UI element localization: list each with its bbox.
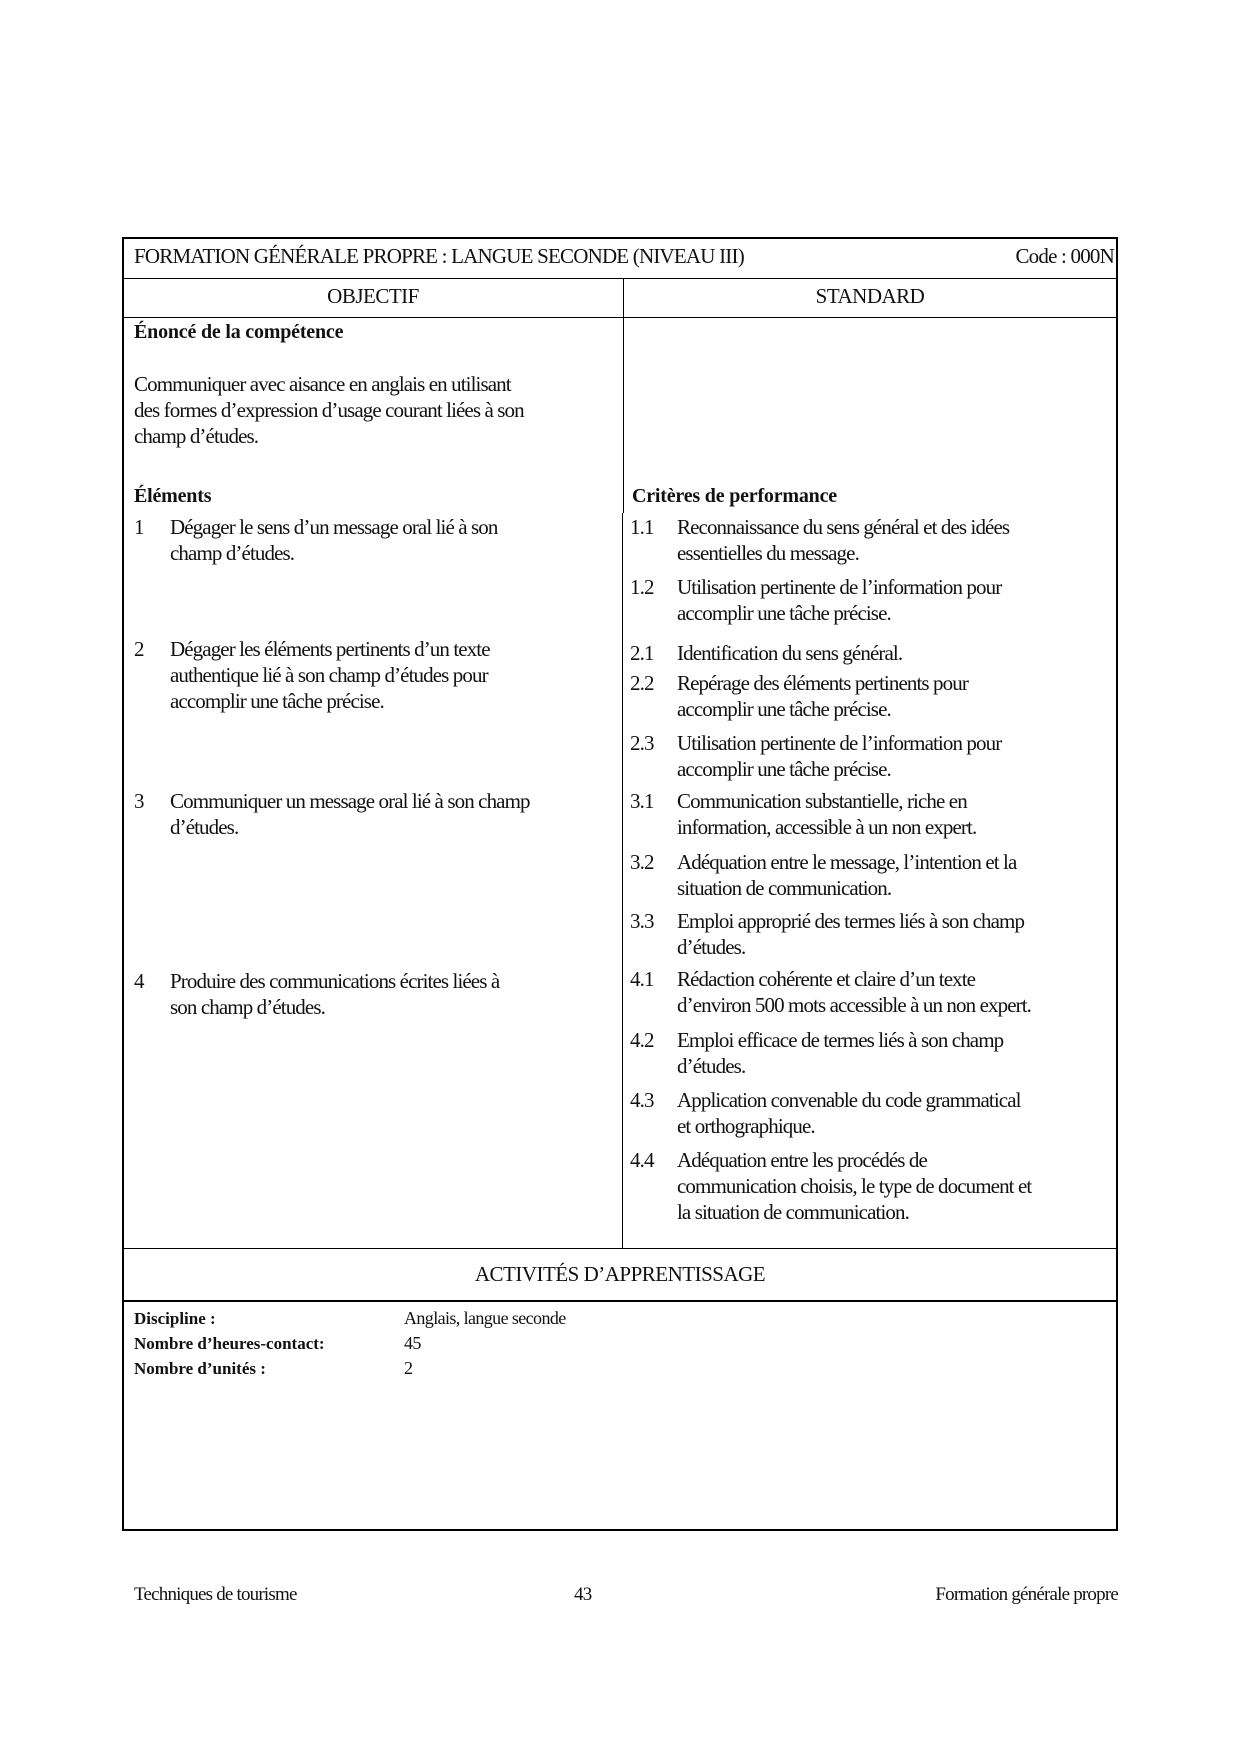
document-title: FORMATION GÉNÉRALE PROPRE : LANGUE SECON… — [134, 244, 744, 269]
criterion-item-line: Rédaction cohérente et claire d’un texte — [677, 966, 1031, 992]
competence-statement: Communiquer avec aisance en anglais en u… — [134, 371, 524, 449]
competence-line: champ d’études. — [134, 423, 524, 449]
criterion-item-line: Communication substantielle, riche en — [677, 788, 976, 814]
criterion-item-line: essentielles du message. — [677, 540, 1009, 566]
element-item-number: 3 — [134, 788, 144, 814]
footer-page-number: 43 — [574, 1584, 591, 1606]
criterion-item-line: Application convenable du code grammatic… — [677, 1087, 1021, 1113]
criterion-item-text: Utilisation pertinente de l’information … — [677, 574, 1001, 626]
criterion-item-text: Emploi efficace de termes liés à son cha… — [677, 1027, 1003, 1079]
criterion-item-text: Reconnaissance du sens général et des id… — [677, 514, 1009, 566]
column-head-standard: STANDARD — [623, 284, 1117, 309]
element-item-number: 4 — [134, 968, 144, 994]
criterion-item-number: 4.2 — [630, 1027, 654, 1053]
rule-after-column-heads — [122, 317, 1118, 318]
criterion-item-line: Reconnaissance du sens général et des id… — [677, 514, 1009, 540]
criterion-item-text: Identification du sens général. — [677, 640, 902, 666]
criterion-item-number: 2.1 — [630, 640, 654, 666]
criterion-item-number: 3.2 — [630, 849, 654, 875]
criterion-item-number: 1.1 — [630, 514, 654, 540]
field-label-contact-hours: Nombre d’heures-contact: — [134, 1334, 325, 1354]
field-value-discipline: Anglais, langue seconde — [404, 1308, 566, 1329]
criterion-item-line: Adéquation entre les procédés de — [677, 1147, 1031, 1173]
rule-after-objectives — [122, 1248, 1118, 1249]
criteria-heading: Critères de performance — [632, 485, 837, 508]
criterion-item-number: 3.3 — [630, 908, 654, 934]
criterion-item-number: 4.3 — [630, 1087, 654, 1113]
criterion-item-line: Identification du sens général. — [677, 640, 902, 666]
element-item-line: son champ d’études. — [170, 994, 499, 1020]
criterion-item-line: et orthographique. — [677, 1113, 1021, 1139]
element-item-line: accomplir une tâche précise. — [170, 688, 490, 714]
column-head-objectif: OBJECTIF — [124, 284, 622, 309]
criterion-item-line: d’environ 500 mots accessible à un non e… — [677, 992, 1031, 1018]
criterion-item-text: Adéquation entre les procédés decommunic… — [677, 1147, 1031, 1225]
element-item-text: Produire des communications écrites liée… — [170, 968, 499, 1020]
criterion-item-number: 1.2 — [630, 574, 654, 600]
criterion-item-line: Adéquation entre le message, l’intention… — [677, 849, 1016, 875]
criterion-item-line: information, accessible à un non expert. — [677, 814, 976, 840]
criterion-item-line: la situation de communication. — [677, 1199, 1031, 1225]
element-item-line: champ d’études. — [170, 540, 498, 566]
criterion-item-line: Repérage des éléments pertinents pour — [677, 670, 968, 696]
footer-program: Techniques de tourisme — [134, 1584, 297, 1606]
element-item-text: Communiquer un message oral lié à son ch… — [170, 788, 530, 840]
course-code: Code : 000N — [1015, 244, 1114, 269]
criterion-item-number: 2.2 — [630, 670, 654, 696]
criterion-item-text: Rédaction cohérente et claire d’un texte… — [677, 966, 1031, 1018]
criterion-item-line: Utilisation pertinente de l’information … — [677, 730, 1001, 756]
criterion-item-line: accomplir une tâche précise. — [677, 600, 1001, 626]
element-item-number: 2 — [134, 636, 144, 662]
criterion-item-text: Repérage des éléments pertinents pouracc… — [677, 670, 968, 722]
criterion-item-line: situation de communication. — [677, 875, 1016, 901]
field-value-units: 2 — [404, 1358, 412, 1379]
criterion-item-text: Communication substantielle, riche eninf… — [677, 788, 976, 840]
criterion-item-line: Utilisation pertinente de l’information … — [677, 574, 1001, 600]
criterion-item-number: 4.4 — [630, 1147, 654, 1173]
element-item-line: Dégager les éléments pertinents d’un tex… — [170, 636, 490, 662]
criterion-item-text: Emploi approprié des termes liés à son c… — [677, 908, 1024, 960]
element-item-line: authentique lié à son champ d’études pou… — [170, 662, 490, 688]
rule-after-activities-heading — [122, 1300, 1118, 1302]
column-divider-upper — [623, 278, 624, 513]
criterion-item-number: 4.1 — [630, 966, 654, 992]
footer-section: Formation générale propre — [935, 1584, 1118, 1606]
criterion-item-line: d’études. — [677, 934, 1024, 960]
criterion-item-text: Adéquation entre le message, l’intention… — [677, 849, 1016, 901]
criterion-item-number: 2.3 — [630, 730, 654, 756]
element-item-text: Dégager les éléments pertinents d’un tex… — [170, 636, 490, 714]
element-item-line: Dégager le sens d’un message oral lié à … — [170, 514, 498, 540]
criterion-item-line: accomplir une tâche précise. — [677, 696, 968, 722]
element-item-line: Produire des communications écrites liée… — [170, 968, 499, 994]
rule-after-title — [122, 278, 1118, 279]
criterion-item-line: Emploi approprié des termes liés à son c… — [677, 908, 1024, 934]
competence-heading: Énoncé de la compétence — [134, 321, 343, 344]
competence-line: Communiquer avec aisance en anglais en u… — [134, 371, 524, 397]
criterion-item-line: d’études. — [677, 1053, 1003, 1079]
element-item-line: Communiquer un message oral lié à son ch… — [170, 788, 530, 814]
activities-heading: ACTIVITÉS D’APPRENTISSAGE — [124, 1262, 1116, 1287]
criterion-item-number: 3.1 — [630, 788, 654, 814]
criterion-item-text: Utilisation pertinente de l’information … — [677, 730, 1001, 782]
element-item-line: d’études. — [170, 814, 530, 840]
element-item-number: 1 — [134, 514, 144, 540]
elements-heading: Éléments — [134, 485, 211, 508]
element-item-text: Dégager le sens d’un message oral lié à … — [170, 514, 498, 566]
field-label-discipline: Discipline : — [134, 1309, 216, 1329]
criterion-item-text: Application convenable du code grammatic… — [677, 1087, 1021, 1139]
criterion-item-line: communication choisis, le type de docume… — [677, 1173, 1031, 1199]
field-value-contact-hours: 45 — [404, 1333, 421, 1354]
criterion-item-line: Emploi efficace de termes liés à son cha… — [677, 1027, 1003, 1053]
competence-line: des formes d’expression d’usage courant … — [134, 397, 524, 423]
criterion-item-line: accomplir une tâche précise. — [677, 756, 1001, 782]
field-label-units: Nombre d’unités : — [134, 1359, 266, 1379]
column-divider-lower — [622, 513, 623, 1248]
